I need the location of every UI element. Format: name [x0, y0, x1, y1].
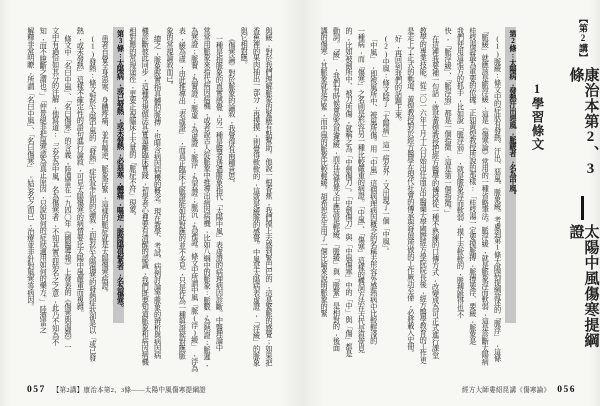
book-spine-shadow [280, 0, 324, 406]
highlight-column: 第2條:太陽病,發熱汗出惡風,脈緩者,名為中風。 [505, 27, 516, 323]
page-number-right: 056 [557, 385, 576, 395]
right-page-footer: 經方大師婁紹昆講《傷寒論》 056 [462, 384, 576, 395]
text-column: 文中有過恰如其分的注解,他寫道:「云名為中風、名為傷寒者,不知其實而姑名之之意,… [51, 27, 59, 345]
text-column: (1)脈緩:條文中的症狀有發熱、汗出、惡風、脈象緩。考慮到第1條太陽病提綱敘述的… [493, 27, 501, 362]
text-column: 一種是指脈象的真實感覺,另一種是醫者透過脈象指代「太陽中風」表虛證的病理病因診斷… [215, 27, 223, 351]
book-spread: 【第2講】 康治本第2、3條 太陽中風傷寒提綱證 1學習條文 第2條:太陽病,發… [0, 0, 600, 406]
left-page-text-columns: 與緩,對於我們理解脈象的緊緩有點幫助。他說一根香蕉,我們摸上去感到緊巴巴的,這是… [26, 27, 272, 359]
text-column: 「中風」,即被風所中、被風所傷。用「中風」這個病理病因概念的名稱去形容外感熱病中… [369, 27, 377, 344]
text-column: (2)中風:條文除了「太陽病」這一病名外,又出現了一個「中風」。 [381, 27, 389, 255]
chapter-title-part2: 太陽中風傷寒提綱證 [568, 224, 598, 362]
text-column: 是走上了正式的軌道。黃煌教授對於經方醫學在現代社會的傳承與發展所做的工作厥功至偉… [406, 27, 414, 357]
chapter-badge: 【第2講】 [578, 14, 587, 62]
text-column: 常常用脈象來指代病因病機,或者說古人從脈象中推導出病因病機,比如八綱中的脈象:脈… [202, 27, 210, 367]
text-column: 解釋非常明瞭,所謂「名曰中風」、「名曰傷寒」,姑妄名之而已,治療並非針對風寒等病… [26, 27, 34, 310]
highlight-column: 第3條:太陽病,或已發熱,或未發熱,必惡寒,體痛,嘔逆,脈陰陽俱緊者,名為傷寒。 [113, 27, 124, 323]
text-column: 的,比如被劍所中、被刀所傷,就稱之為「中劍傷刀」。「中劍傷刀」與「中風傷寒」中的… [344, 27, 352, 357]
text-column: 講的傷寒,其脈象就是浮緊,而中風的脈象比較輕緩。胡希恕先生用了一個比喻來說明脈象… [319, 27, 327, 316]
text-column: 象的常規論敘而已。 [165, 27, 173, 89]
text-column: 桂枝湯證最為重要的依據。正如黃煌教授所說的那樣:「桂枝湯一定要摸脈搏,脈搏要浮、… [468, 27, 476, 345]
text-column: 在這裡我要補一句話,就是黃煌教授把經方醫學的傳授從一種不熟練的口傳方式,改變成為… [431, 27, 439, 359]
text-column: 表,緩為虛,由此推導出「表虛證」,而真正臨床上脈證能如此對應的並不多見,只是作為… [177, 27, 185, 359]
right-page-text-columns: 第2條:太陽病,發熱汗出惡風,脈緩者,名為中風。(1)脈緩:條文中的症狀有發熱、… [319, 27, 516, 359]
text-column: 熱,或未發熱」這樣不確定性的語句進行論敘,可見太陽傷寒的病情要比太陽中風嚴重而複… [75, 27, 83, 316]
left-page-edge [0, 0, 10, 406]
text-column: 動詞。「緩」,我們有時候會認為是遲緩,而在這條條文中應該是輕緩。「脈緩」與「脈緊… [332, 27, 340, 351]
text-column: 教學的專業技能。從二〇一六年十月十六日始出任南京中醫藥大學國際經方學院院長後,經… [418, 27, 426, 363]
text-column: 總之,脈象既實指具體的脈搏,也暗含病因病機的概念。現在教學、考試、病例討論等脈象… [153, 27, 161, 359]
text-column: 一種病,而「傷寒」之名則是形容另一種比較嚴重的病證。「中風」、「傷寒」這樣的構詞… [356, 27, 364, 353]
chapter-title-part1: 康治本第2、3條 [568, 67, 598, 192]
text-column: (1)發熱:條文對於太陽中風的「發熱」症狀是正面的論敘,而對於太陽傷寒的發熱症狀… [88, 27, 96, 361]
text-column: 好,再回到我們的話題上來。 [393, 27, 401, 125]
text-column: 《傷寒論》對於脈象的論敘,我覺得有兩種意思。 [227, 27, 235, 187]
text-column: 香蕉裡的果肉抽出一部分,再摸摸,則覺得軟軟的,這就是緩脈的感覺。中風是太陽病表虛… [252, 27, 260, 366]
text-column: 我們使用這張方的抓手,比如說「脈浮弱」,就是脈象浮而軟弱,摸上去軟軟的,脈搏跳得… [455, 27, 463, 318]
page-number-left: 057 [27, 385, 46, 395]
book-series-title: 經方大師婁紹昆講《傷寒論》 [462, 384, 550, 394]
text-column: 為寒證;脈實,為實證;脈虛,為虛證;脈浮,為表證;脈沉,為裡證。條文中所謂中風「… [190, 27, 198, 371]
text-column: 條文中「名曰中風」、「名曰傷寒」的含義,陸淵雷在一九四〇年《國醫導報》上發表的《… [63, 27, 71, 351]
text-column: 患者自覺全身惡寒、身體疼痛、並有嘔逆、脈象浮緊,這樣的脈症就是太陽傷寒病證。 [100, 27, 108, 296]
text-column: 知,而不臆斷之謂也。」「仲景絕非把風寒認為真正原因,只說如何的症狀適用如何的藥方… [38, 27, 46, 333]
text-column: 與它相對應。 [239, 27, 247, 68]
section-heading-learning-text: 1學習條文 [531, 82, 544, 151]
text-column: 與緩,對於我們理解脈象的緊緩有點幫助。他說一根香蕉,我們摸上去感到緊巴巴的,這是… [264, 27, 272, 366]
left-page-footer: 057 【第2講】康治本第2、3條——太陽中風傷寒提綱證 [27, 384, 206, 395]
text-column: 機診斷彼此同步,這種常規做法其實遠離臨床實踐,初學者心裡要有清醒的認識,我們既要… [140, 27, 148, 365]
title-dash [581, 196, 583, 220]
chapter-title-block: 【第2講】 康治本第2、3條 太陽中風傷寒提綱證 [575, 14, 590, 362]
text-column: 快,「脈浮緩」、「脈浮弱」都是一個指徵,這是第一個指徵。」 [443, 27, 451, 216]
text-column: 「脈緩」就應該是脈浮緩,這是《傷寒論》常用的一種省略筆法。脈浮緩,就是脈象浮而軟… [480, 27, 488, 365]
chapter-reference: 【第2講】康治本第2、3條——太陽中風傷寒提綱證 [53, 384, 206, 394]
text-column: 相對應的常規途徑,更要正視臨床上大量的「脈症不符」現象。 [128, 27, 136, 220]
